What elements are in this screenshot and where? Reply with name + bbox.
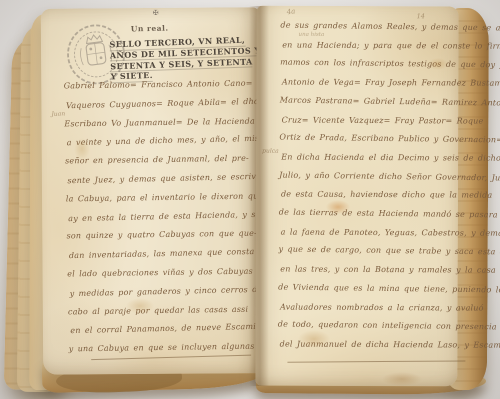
- manuscript-line: mamos con los infrascriptos testigos de …: [280, 54, 500, 76]
- manuscript-line: En dicha Hacienda el dia Decimo y seis d…: [281, 148, 500, 168]
- manuscript-line: de esta Causa, haviendose dicho que la m…: [281, 186, 500, 206]
- right-page: 4a 14 una hista pulca de sus grandes Ala…: [255, 6, 458, 387]
- printers-ornament-icon: ✠: [153, 9, 159, 17]
- manuscript-line: de Vivienda que es la mina que tiene, pu…: [278, 278, 500, 300]
- left-page: ✠ Un real. SELLO TERCERO, VN REAL, AÑOS …: [41, 7, 262, 375]
- manuscript-line: Marcos Pastrana= Gabriel Ludeña= Ramirez…: [280, 91, 500, 113]
- manuscript-line: en las tres, y con la Botana y ramales y…: [280, 261, 500, 281]
- denomination-caption: Un real.: [131, 24, 169, 34]
- right-page-manuscript-text: de sus grandes Alamos Reales, y demas qu…: [278, 17, 500, 356]
- manuscript-line: Ortiz de Prada, Escribano Publico y Gove…: [279, 129, 500, 151]
- closing-rule-right-page: [287, 360, 465, 362]
- manuscript-line: de sus grandes Alamos Reales, y demas qu…: [280, 17, 500, 39]
- left-page-manuscript-text: Gabriel Palomo= Francisco Antonio Cano= …: [63, 74, 276, 360]
- photo-open-manuscript-book: ✠ Un real. SELLO TERCERO, VN REAL, AÑOS …: [0, 0, 500, 399]
- manuscript-line: y que se de cargo, con que se trabe y sa…: [278, 241, 500, 263]
- manuscript-line: Antonio de Vega= Fray Joseph Fernandez B…: [282, 74, 500, 94]
- manuscript-line: de todo, quedaron con inteligencia con p…: [278, 316, 500, 338]
- manuscript-line: de las tierras de esta Hacienda mandó se…: [279, 204, 500, 226]
- manuscript-line: del Juanmanuel de dicha Hacienda Laso, y…: [280, 335, 500, 355]
- gutter-margin-note: pulca: [262, 148, 279, 155]
- folio-mark-gutter: 4a: [286, 7, 296, 16]
